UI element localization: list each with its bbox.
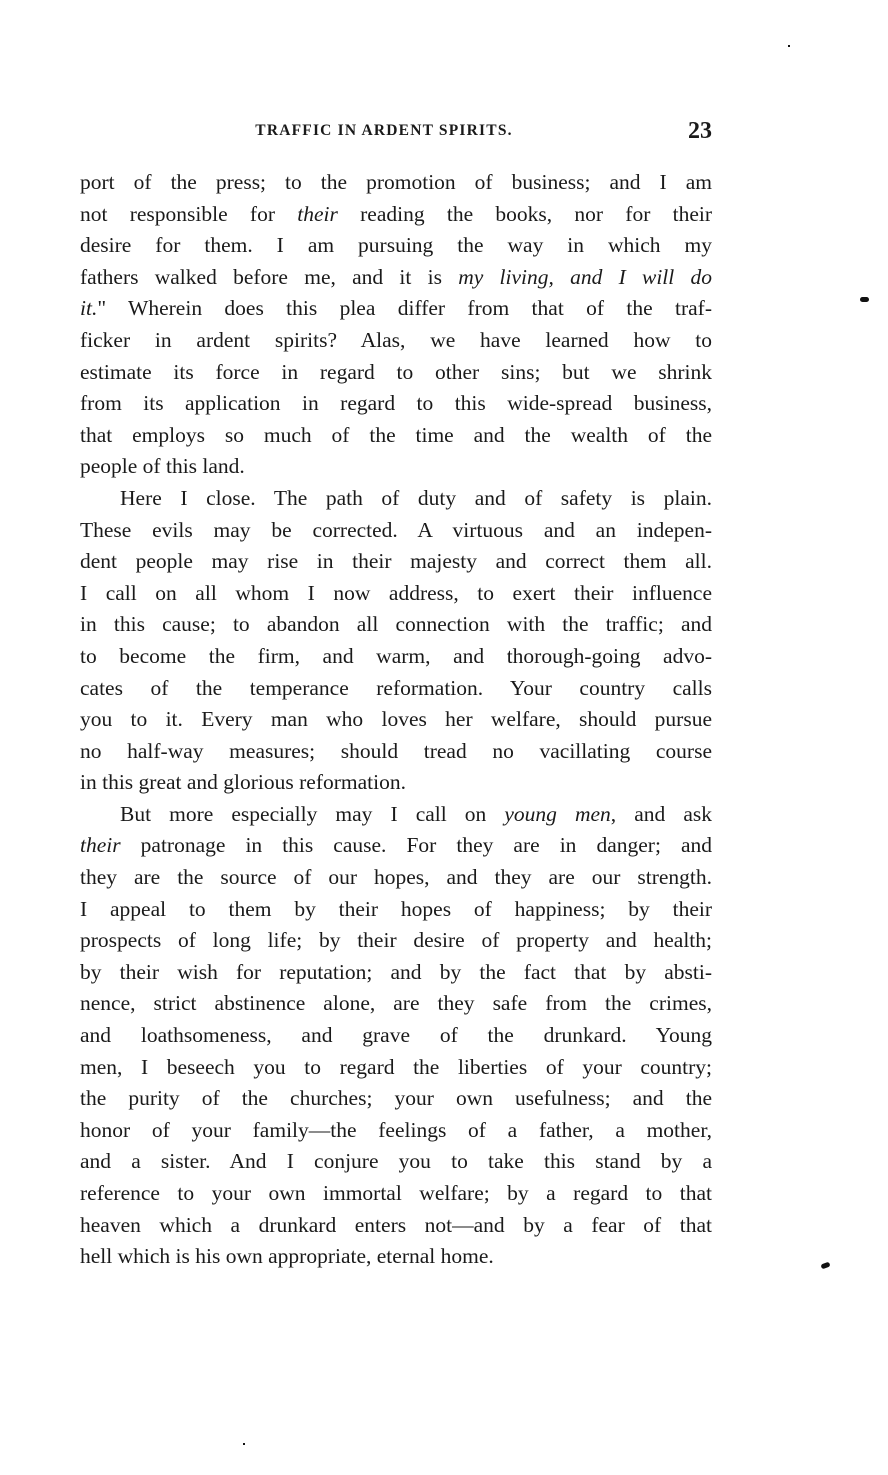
paragraph: port of the press; to the promotion of b…: [80, 167, 712, 483]
text-line: that employs so much of the time and the…: [80, 420, 712, 452]
text-line: in this cause; to abandon all connection…: [80, 609, 712, 641]
text-line: Here I close. The path of duty and of sa…: [80, 483, 712, 515]
text-line: honor of your family—the feelings of a f…: [80, 1115, 712, 1147]
text-line: no half-way measures; should tread no va…: [80, 736, 712, 768]
text-line: prospects of long life; by their desire …: [80, 925, 712, 957]
paragraph: But more especially may I call on young …: [80, 799, 712, 1273]
italic-text: my living, and I will do: [458, 265, 712, 289]
text-line: I call on all whom I now address, to exe…: [80, 578, 712, 610]
text-line: ficker in ardent spirits? Alas, we have …: [80, 325, 712, 357]
speck-mark: [788, 45, 790, 47]
text-line: desire for them. I am pursuing the way i…: [80, 230, 712, 262]
ink-blot-mark: [860, 297, 869, 302]
text-line: I appeal to them by their hopes of happi…: [80, 894, 712, 926]
italic-text: young men: [504, 802, 610, 826]
text-line: by their wish for reputation; and by the…: [80, 957, 712, 989]
text-line: their patronage in this cause. For they …: [80, 830, 712, 862]
text-line: port of the press; to the promotion of b…: [80, 167, 712, 199]
text-line: These evils may be corrected. A virtuous…: [80, 515, 712, 547]
page-number: 23: [688, 118, 712, 145]
text-line: cates of the temperance reformation. You…: [80, 673, 712, 705]
book-page: TRAFFIC IN ARDENT SPIRITS. 23 port of th…: [0, 0, 888, 1475]
body-text: port of the press; to the promotion of b…: [80, 167, 712, 1273]
text-line: people of this land.: [80, 451, 712, 483]
italic-text: their: [80, 833, 121, 857]
speck-mark: [243, 1443, 245, 1445]
text-line: fathers walked before me, and it is my l…: [80, 262, 712, 294]
text-line: to become the firm, and warm, and thorou…: [80, 641, 712, 673]
text-line: not responsible for their reading the bo…: [80, 199, 712, 231]
italic-text: their: [297, 202, 338, 226]
running-title: TRAFFIC IN ARDENT SPIRITS.: [80, 122, 712, 140]
paragraph: Here I close. The path of duty and of sa…: [80, 483, 712, 799]
text-line: estimate its force in regard to other si…: [80, 357, 712, 389]
text-line: dent people may rise in their majesty an…: [80, 546, 712, 578]
text-line: the purity of the churches; your own use…: [80, 1083, 712, 1115]
text-line: hell which is his own appropriate, etern…: [80, 1241, 712, 1273]
text-line: But more especially may I call on young …: [80, 799, 712, 831]
text-line: heaven which a drunkard enters not—and b…: [80, 1210, 712, 1242]
text-line: in this great and glorious reformation.: [80, 767, 712, 799]
text-line: men, I beseech you to regard the liberti…: [80, 1052, 712, 1084]
text-line: you to it. Every man who loves her welfa…: [80, 704, 712, 736]
text-line: reference to your own immortal welfare; …: [80, 1178, 712, 1210]
text-line: they are the source of our hopes, and th…: [80, 862, 712, 894]
text-line: nence, strict abstinence alone, are they…: [80, 988, 712, 1020]
ink-blot-mark: [820, 1262, 830, 1270]
text-line: it." Wherein does this plea differ from …: [80, 293, 712, 325]
text-line: and a sister. And I conjure you to take …: [80, 1146, 712, 1178]
text-line: from its application in regard to this w…: [80, 388, 712, 420]
italic-text: it.: [80, 296, 97, 320]
text-line: and loathsomeness, and grave of the drun…: [80, 1020, 712, 1052]
running-head: TRAFFIC IN ARDENT SPIRITS. 23: [80, 118, 712, 152]
